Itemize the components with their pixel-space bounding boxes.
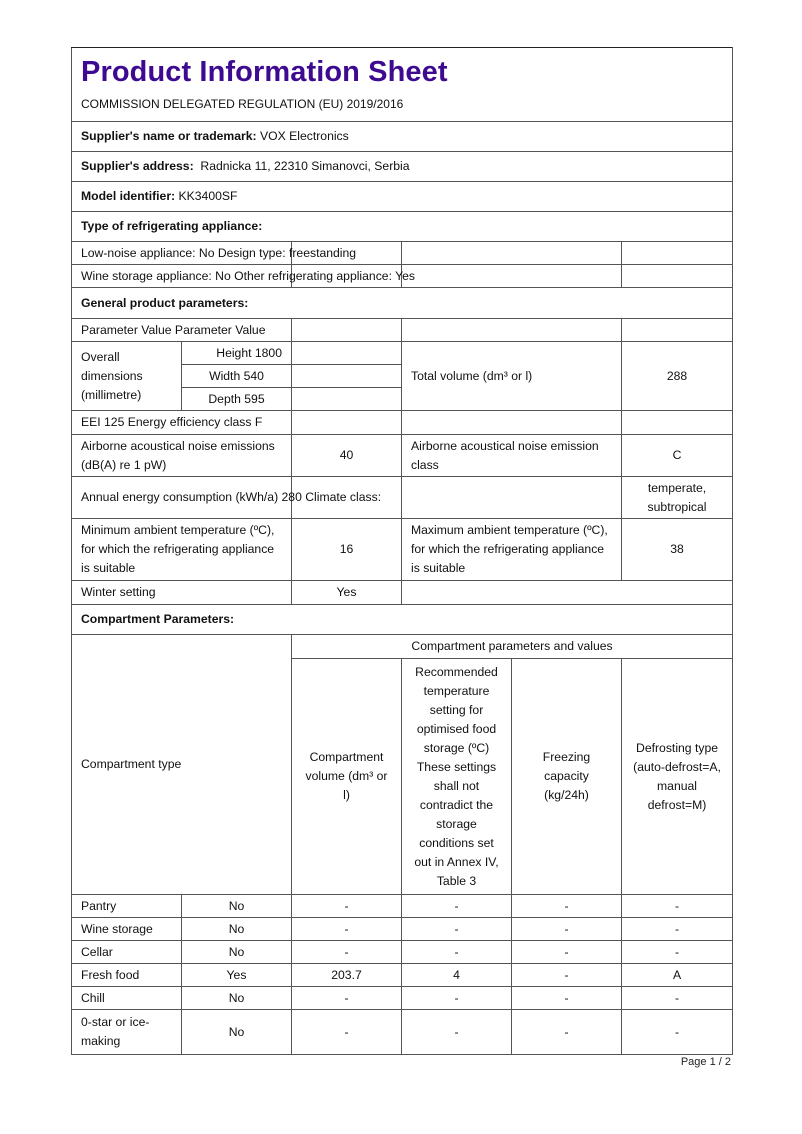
compartment-volume: - — [292, 941, 402, 964]
compartment-defrost: - — [622, 1010, 733, 1055]
col-volume-header: Compartment volume (dm³ or l) — [292, 659, 402, 895]
compartment-volume: - — [292, 987, 402, 1010]
low-noise-text: Low-noise appliance: No Design type: fre… — [81, 246, 356, 260]
compartment-present: No — [182, 941, 292, 964]
wine-storage-text: Wine storage appliance: No Other refrige… — [81, 269, 415, 283]
compartment-parameters-heading: Compartment Parameters: — [72, 605, 733, 635]
compartment-volume: - — [292, 1010, 402, 1055]
compartment-freezing: - — [512, 987, 622, 1010]
empty-cell — [402, 242, 622, 265]
compartment-temp: - — [402, 918, 512, 941]
compartment-group-header: Compartment parameters and values — [292, 635, 733, 659]
supplier-address-value: Radnicka 11, 22310 Simanovci, Serbia — [200, 159, 409, 173]
empty-cell — [622, 265, 733, 288]
compartment-volume: - — [292, 895, 402, 918]
compartment-volume: 203.7 — [292, 964, 402, 987]
parameter-header: Parameter Value Parameter Value — [72, 319, 292, 342]
compartment-freezing: - — [512, 1010, 622, 1055]
empty-cell — [402, 411, 622, 435]
compartment-temp: 4 — [402, 964, 512, 987]
max-temp-value: 38 — [622, 519, 733, 581]
low-noise-row: Low-noise appliance: No Design type: fre… — [72, 242, 292, 265]
empty-cell — [292, 388, 402, 411]
compartment-freezing: - — [512, 964, 622, 987]
compartment-type: Chill — [72, 987, 182, 1010]
compartment-defrost: - — [622, 918, 733, 941]
empty-cell — [292, 319, 402, 342]
supplier-address-row: Supplier's address: Radnicka 11, 22310 S… — [72, 152, 733, 182]
min-temp-label: Minimum ambient temperature (ºC), for wh… — [72, 519, 292, 581]
table-row: Fresh foodYes203.74-A — [72, 964, 733, 987]
model-identifier-value: KK3400SF — [179, 189, 238, 203]
regulation-text: COMMISSION DELEGATED REGULATION (EU) 201… — [81, 93, 723, 121]
compartment-temp: - — [402, 987, 512, 1010]
height-value: Height 1800 — [182, 342, 292, 365]
table-row: PantryNo---- — [72, 895, 733, 918]
supplier-address-label: Supplier's address: — [81, 159, 194, 173]
compartment-freezing: - — [512, 895, 622, 918]
empty-cell — [622, 319, 733, 342]
compartment-type: 0-star or ice-making — [72, 1010, 182, 1055]
title-block: Product Information Sheet COMMISSION DEL… — [72, 48, 733, 122]
compartment-volume: - — [292, 918, 402, 941]
total-volume-value: 288 — [622, 342, 733, 411]
col-defrost-header: Defrosting type (auto-defrost=A, manual … — [622, 659, 733, 895]
product-information-sheet: Product Information Sheet COMMISSION DEL… — [71, 47, 732, 1055]
empty-cell — [292, 411, 402, 435]
compartment-present: No — [182, 987, 292, 1010]
annual-energy-text: Annual energy consumption (kWh/a) 280 Cl… — [81, 490, 381, 504]
compartment-present: No — [182, 1010, 292, 1055]
depth-value: Depth 595 — [182, 388, 292, 411]
table-row: CellarNo---- — [72, 941, 733, 964]
table-row: Wine storageNo---- — [72, 918, 733, 941]
width-value: Width 540 — [182, 365, 292, 388]
col-freezing-header: Freezing capacity (kg/24h) — [512, 659, 622, 895]
empty-cell — [402, 319, 622, 342]
empty-cell — [292, 342, 402, 365]
min-temp-value: 16 — [292, 519, 402, 581]
page-number: Page 1 / 2 — [681, 1056, 731, 1068]
dimensions-label: Overall dimensions (millimetre) — [72, 342, 182, 411]
compartment-type: Fresh food — [72, 964, 182, 987]
supplier-name-value: VOX Electronics — [260, 129, 349, 143]
compartment-temp: - — [402, 1010, 512, 1055]
table-row: ChillNo---- — [72, 987, 733, 1010]
eei-row: EEI 125 Energy efficiency class F — [72, 411, 292, 435]
empty-cell — [622, 242, 733, 265]
compartment-defrost: - — [622, 895, 733, 918]
noise-class-value: C — [622, 435, 733, 477]
supplier-name-label: Supplier's name or trademark: — [81, 129, 257, 143]
compartment-type: Cellar — [72, 941, 182, 964]
empty-cell — [402, 581, 733, 605]
compartment-defrost: - — [622, 987, 733, 1010]
appliance-type-heading: Type of refrigerating appliance: — [72, 212, 733, 242]
total-volume-label: Total volume (dm³ or l) — [402, 342, 622, 411]
max-temp-label: Maximum ambient temperature (ºC), for wh… — [402, 519, 622, 581]
compartment-temp: - — [402, 895, 512, 918]
annual-energy-row: Annual energy consumption (kWh/a) 280 Cl… — [72, 477, 292, 519]
compartment-freezing: - — [512, 918, 622, 941]
noise-emissions-value: 40 — [292, 435, 402, 477]
compartment-type: Wine storage — [72, 918, 182, 941]
general-parameters-heading: General product parameters: — [72, 288, 733, 319]
compartment-defrost: A — [622, 964, 733, 987]
compartment-freezing: - — [512, 941, 622, 964]
col-temp-header: Recommended temperature setting for opti… — [402, 659, 512, 895]
compartment-rows: PantryNo----Wine storageNo----CellarNo--… — [72, 895, 733, 1055]
compartment-present: No — [182, 895, 292, 918]
info-table: Product Information Sheet COMMISSION DEL… — [71, 47, 733, 1055]
empty-cell — [402, 477, 622, 519]
supplier-name-row: Supplier's name or trademark: VOX Electr… — [72, 122, 733, 152]
noise-class-label: Airborne acoustical noise emission class — [402, 435, 622, 477]
compartment-type: Pantry — [72, 895, 182, 918]
page-title: Product Information Sheet — [81, 51, 723, 93]
winter-setting-label: Winter setting — [72, 581, 292, 605]
compartment-defrost: - — [622, 941, 733, 964]
model-identifier-row: Model identifier: KK3400SF — [72, 182, 733, 212]
winter-setting-value: Yes — [292, 581, 402, 605]
model-identifier-label: Model identifier: — [81, 189, 175, 203]
noise-emissions-label: Airborne acoustical noise emissions (dB(… — [72, 435, 292, 477]
table-row: 0-star or ice-makingNo---- — [72, 1010, 733, 1055]
empty-cell — [622, 411, 733, 435]
compartment-type-header: Compartment type — [72, 635, 292, 895]
empty-cell — [292, 365, 402, 388]
wine-storage-row: Wine storage appliance: No Other refrige… — [72, 265, 292, 288]
climate-class-value: temperate, subtropical — [622, 477, 733, 519]
compartment-present: No — [182, 918, 292, 941]
compartment-temp: - — [402, 941, 512, 964]
empty-cell — [402, 265, 622, 288]
compartment-present: Yes — [182, 964, 292, 987]
